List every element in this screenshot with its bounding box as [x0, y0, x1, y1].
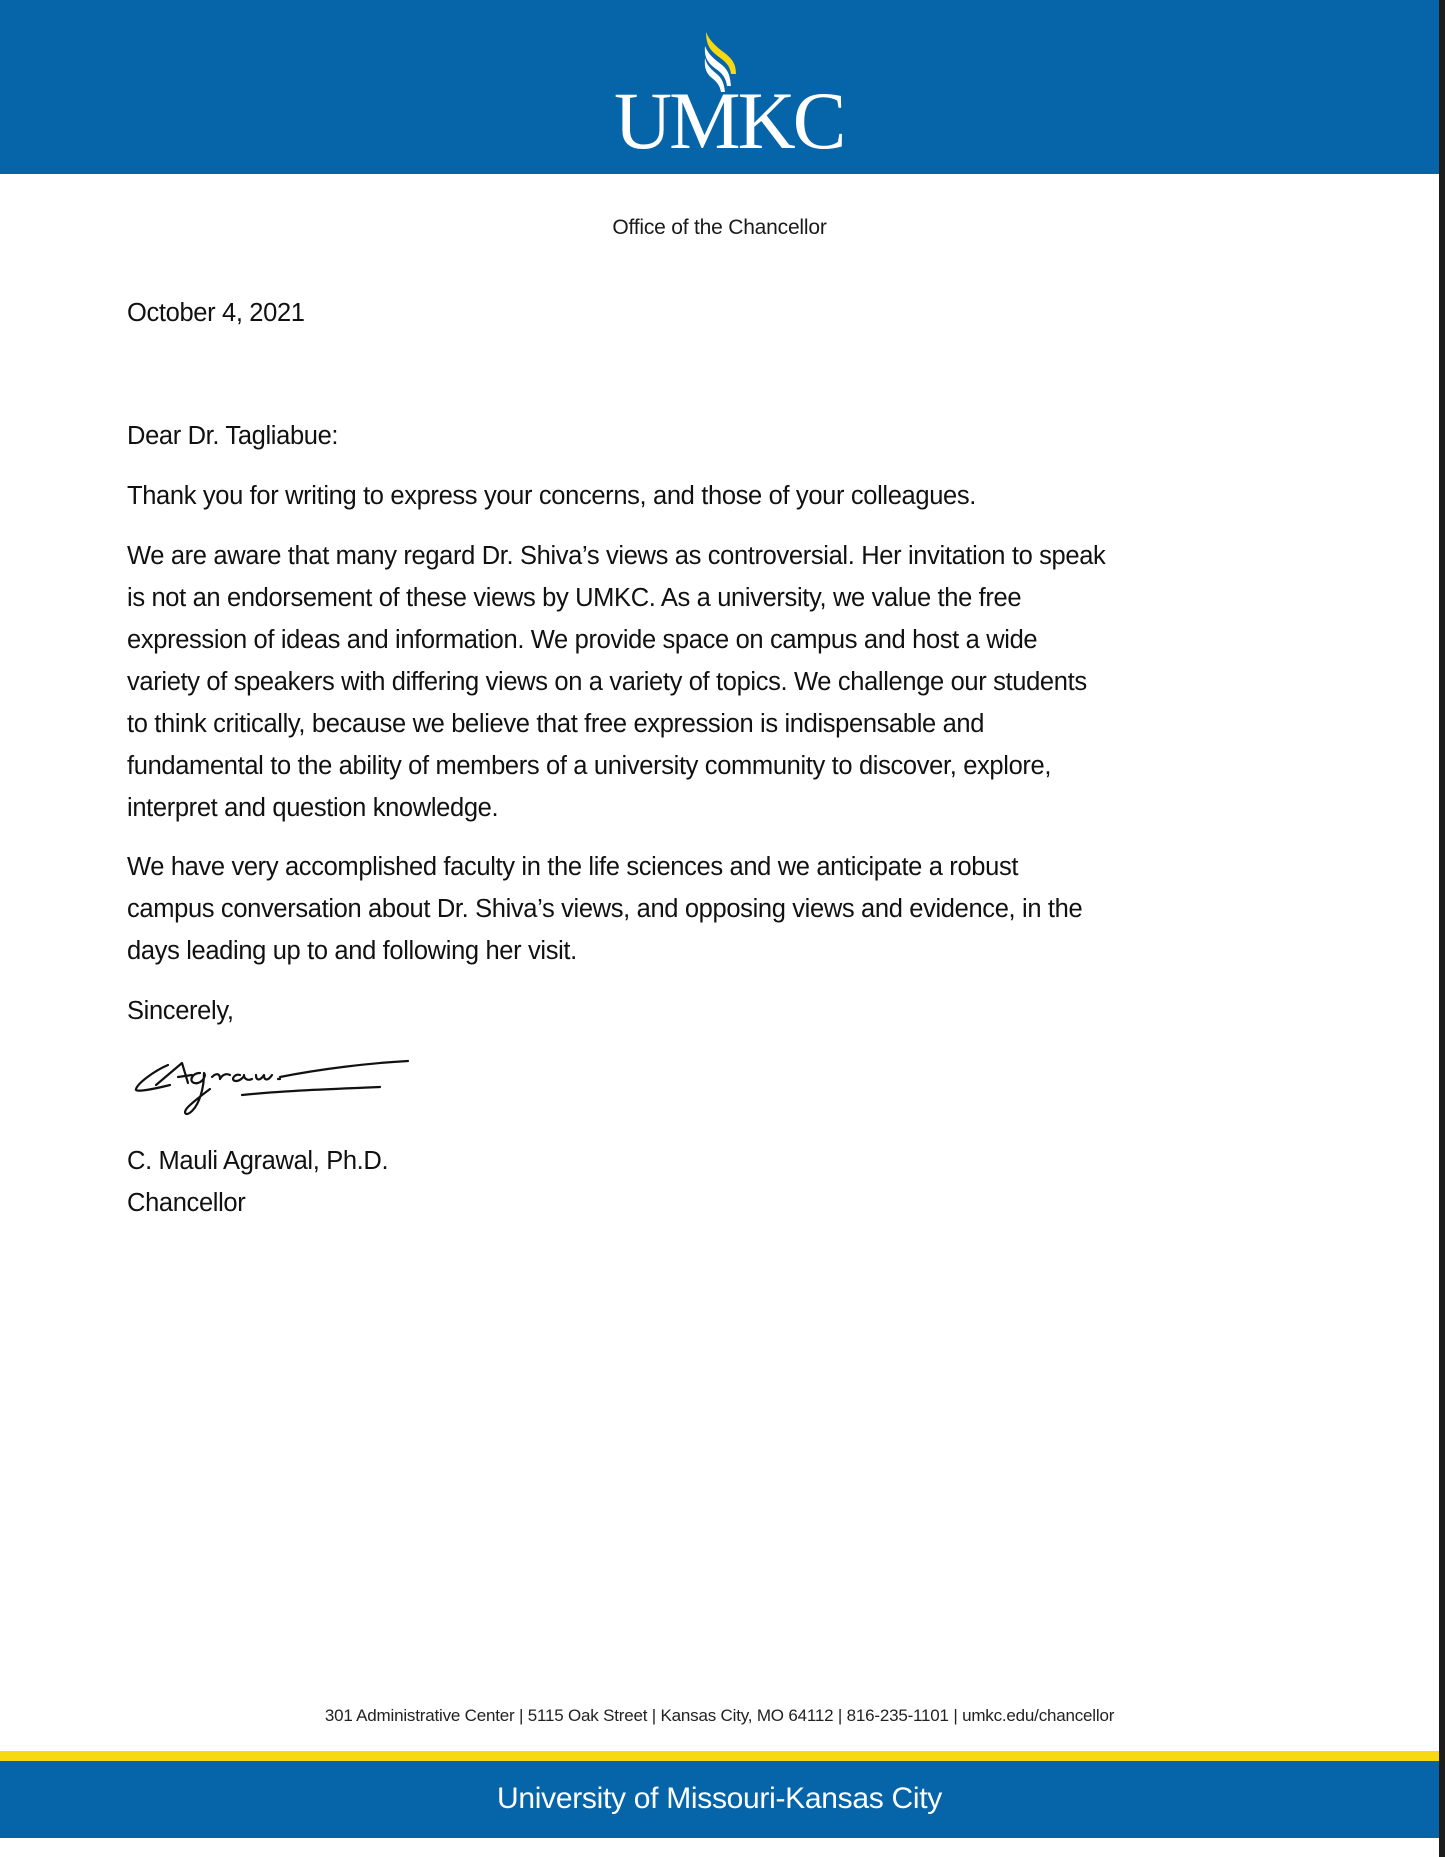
paragraph-line: campus conversation about Dr. Shiva’s vi… — [127, 894, 1082, 924]
paragraph-line: to think critically, because we believe … — [127, 709, 984, 739]
letter-date: October 4, 2021 — [127, 298, 305, 328]
footer-band: University of Missouri-Kansas City — [0, 1761, 1439, 1838]
paragraph-line: fundamental to the ability of members of… — [127, 751, 1051, 781]
salutation: Dear Dr. Tagliabue: — [127, 421, 338, 451]
paragraph-line: variety of speakers with differing views… — [127, 667, 1087, 697]
signature-icon — [130, 1055, 410, 1125]
umkc-logo: UMKC — [610, 28, 840, 148]
logo-wordmark: UMKC — [614, 80, 843, 162]
closing: Sincerely, — [127, 996, 234, 1026]
paragraph-line: Thank you for writing to express your co… — [127, 481, 976, 511]
paragraph-line: interpret and question knowledge. — [127, 793, 498, 823]
footer-address: 301 Administrative Center | 5115 Oak Str… — [0, 1706, 1439, 1726]
header-band: UMKC — [0, 0, 1439, 174]
signer-title: Chancellor — [127, 1188, 245, 1218]
paragraph-line: days leading up to and following her vis… — [127, 936, 577, 966]
letter-page: UMKC Office of the Chancellor October 4,… — [0, 0, 1439, 1857]
office-title: Office of the Chancellor — [0, 216, 1439, 240]
footer-gold-stripe — [0, 1751, 1439, 1761]
paragraph-line: We are aware that many regard Dr. Shiva’… — [127, 541, 1105, 571]
signer-name: C. Mauli Agrawal, Ph.D. — [127, 1146, 388, 1176]
university-name: University of Missouri-Kansas City — [497, 1782, 942, 1816]
paragraph-line: expression of ideas and information. We … — [127, 625, 1037, 655]
paragraph-line: We have very accomplished faculty in the… — [127, 852, 1018, 882]
paragraph-line: is not an endorsement of these views by … — [127, 583, 1021, 613]
